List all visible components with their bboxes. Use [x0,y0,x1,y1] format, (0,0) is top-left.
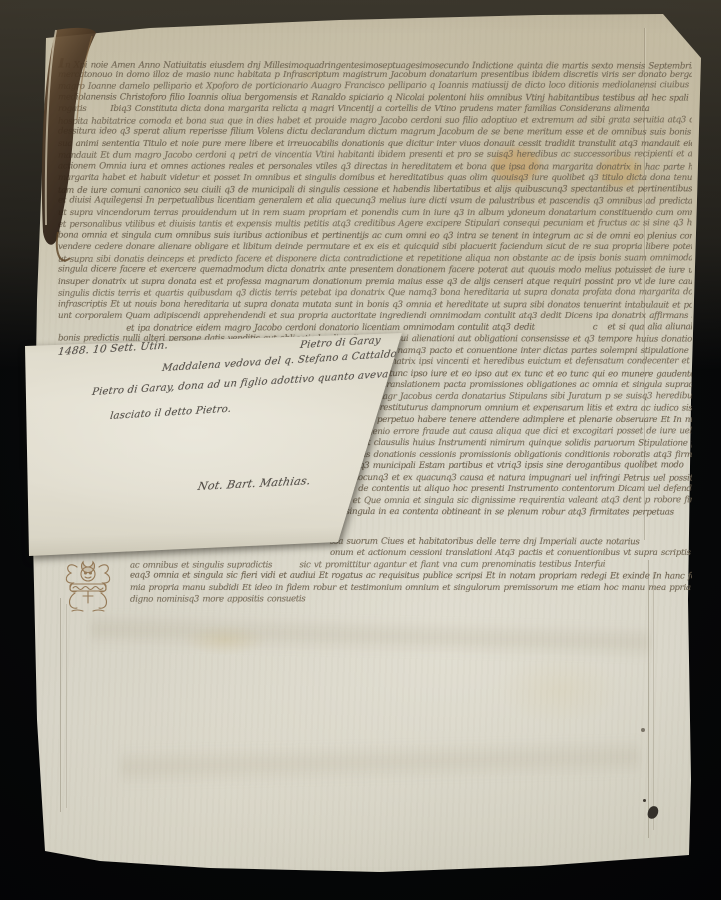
manuscript-line: unt corporalem Quam adipiscendi apprehen… [58,311,692,323]
slip-notary-signature: Not. Bart. Mathias. [197,474,312,493]
manuscript-closing-line: eaq3 omnia et singula sic fieri vidi et … [130,571,692,583]
manuscript-line: singula dicere facere et exercere quemad… [58,265,692,278]
archival-slip: 1488. 10 Sett. Utin. Pietro di Garay Mad… [22,330,404,558]
manuscript-line: mandauit Et dum magro Jacobo cerdoni q p… [58,149,692,162]
manuscript-line: In Xpi noie Amen Anno Natiuitatis eiusde… [58,58,692,70]
ink-speck [643,799,646,802]
manuscript-photograph: In Xpi noie Amen Anno Natiuitatis eiusde… [0,0,721,900]
manuscript-line: actionem Omnia iura et omnes actiones re… [58,161,692,174]
manuscript-line: sua animi sententia Titulo et noie pure … [58,139,692,151]
manuscript-line: bona omnia et singula cum omnibus suis i… [58,230,692,243]
archival-slip-paper: 1488. 10 Sett. Utin. Pietro di Garay Mad… [22,330,404,558]
slip-name-annotation: Pietro di Garay [299,335,381,351]
manuscript-line: mercatonouo in domo illoz de masio nunc … [58,70,692,82]
manuscript-line: vendere cedere donare alienare obligare … [58,242,692,254]
manuscript-line: margarita habet et habuit videtur et pos… [58,173,692,185]
manuscript-closing-line: mia propria manu subdidi Et ideo in fide… [130,583,692,594]
slip-summary-line: Pietro di Garay, dona ad un figlio adott… [91,369,389,398]
manuscript-line: et personalibus vtilibus et diuisis tant… [58,218,692,231]
manuscript-line: magro Ioanne damelo pellipario et Xpofor… [58,80,692,93]
manuscript-line: mediolanensis Christoforo filio Ioannis … [58,92,692,105]
slip-date-annotation: 1488. 10 Sett. Utin. [57,339,169,358]
slip-summary-line: lasciato il detto Pietro. [109,404,231,422]
ink-speck [641,728,645,732]
manuscript-line: rogatis Ibiq3 Constituta dicta dona marg… [58,104,692,116]
manuscript-line: et diuisi Aquilegensi In perpetualibus l… [58,196,692,209]
manuscript-line: infrascriptis Et ut nouis bona hereditar… [58,299,692,312]
manuscript-line: dessitura ideo q3 sperat alium reperisse… [58,127,692,140]
manuscript-closing-line: digno nominisq3 more appositis consuetis [130,593,692,605]
